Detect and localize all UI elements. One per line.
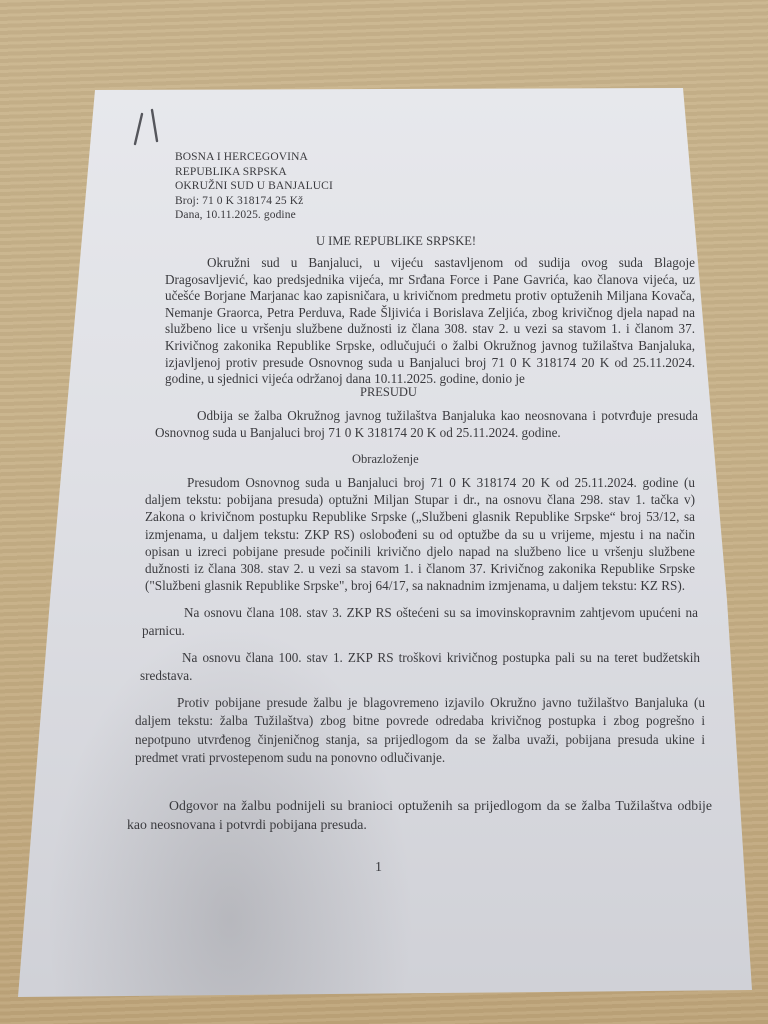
document-page: BOSNA I HERCEGOVINA REPUBLIKA SRPSKA OKR… — [0, 0, 768, 1024]
reasoning-heading: Obrazloženje — [352, 452, 419, 467]
handwritten-mark-icon — [133, 108, 163, 148]
page-number: 1 — [375, 860, 382, 876]
verdict-paragraph: Odbija se žalba Okružnog javnog tužilašt… — [155, 408, 698, 441]
reasoning-paragraph-1: Presudom Osnovnog suda u Banjaluci broj … — [145, 474, 695, 594]
case-number: Broj: 71 0 K 318174 25 Kž — [175, 194, 333, 209]
document-date: Dana, 10.11.2025. godine — [175, 208, 333, 223]
reasoning-paragraph-3: Na osnovu člana 100. stav 1. ZKP RS troš… — [140, 649, 700, 685]
reasoning-paragraph-4: Protiv pobijane presude žalbu je blagovr… — [135, 694, 705, 768]
court-header: BOSNA I HERCEGOVINA REPUBLIKA SRPSKA OKR… — [175, 150, 333, 223]
header-court: OKRUŽNI SUD U BANJALUCI — [175, 179, 333, 194]
reasoning-paragraph-5: Odgovor na žalbu podnijeli su branioci o… — [127, 796, 712, 834]
verdict-heading: PRESUDU — [360, 385, 417, 400]
header-entity: REPUBLIKA SRPSKA — [175, 165, 333, 180]
document-title: U IME REPUBLIKE SRPSKE! — [316, 234, 476, 249]
header-country: BOSNA I HERCEGOVINA — [175, 150, 333, 165]
reasoning-paragraph-2: Na osnovu člana 108. stav 3. ZKP RS ošte… — [142, 604, 698, 640]
intro-paragraph: Okružni sud u Banjaluci, u vijeću sastav… — [165, 255, 695, 388]
